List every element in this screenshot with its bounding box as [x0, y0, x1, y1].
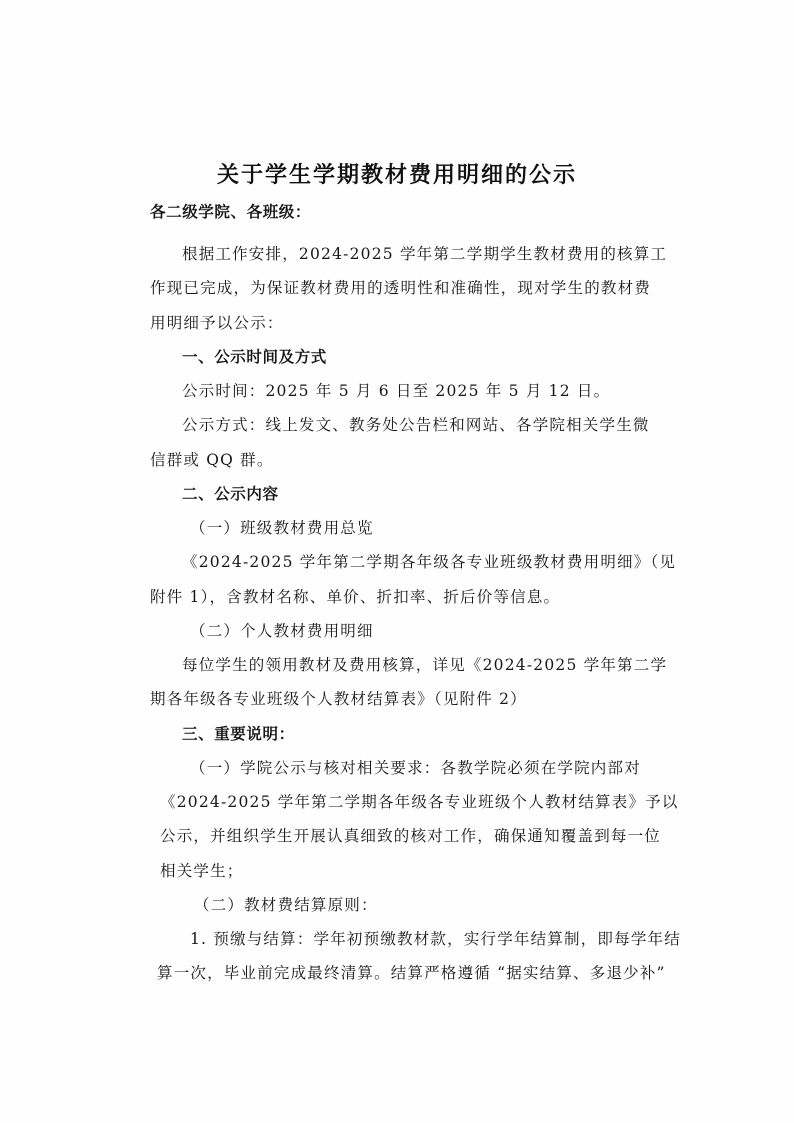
section2-sub2-heading: （二）个人教材费用明细 [190, 621, 684, 641]
salutation: 各二级学院、各班级： [150, 202, 644, 222]
intro-line-1: 根据工作安排，2024-2025 学年第二学期学生教材费用的核算工 [182, 244, 644, 264]
section3-sub1-line-3: 公示，并组织学生开展认真细致的核对工作，确保通知覆盖到每一位 [160, 826, 644, 846]
section3-sub2-item1-line-1: 1. 预缴与结算：学年初预缴教材款，实行学年结算制，即每学年结 [190, 929, 644, 949]
section3-heading: 三、重要说明： [182, 724, 644, 744]
publication-method-line-2: 信群或 QQ 群。 [150, 450, 644, 470]
intro-line-2: 作现已完成，为保证教材费用的透明性和准确性，现对学生的教材费 [150, 278, 644, 298]
intro-line-3: 用明细予以公示： [150, 313, 644, 333]
section2-sub2-line-2: 期各年级各专业班级个人教材结算表》（见附件 2） [150, 689, 644, 709]
publication-method-line-1: 公示方式：线上发文、教务处公告栏和网站、各学院相关学生微 [182, 415, 644, 435]
section2-sub1-line-2: 附件 1），含教材名称、单价、折扣率、折后价等信息。 [150, 587, 644, 607]
section1-heading: 一、公示时间及方式 [182, 347, 644, 367]
section3-sub1-line-4: 相关学生； [160, 861, 654, 881]
section2-sub2-line-1: 每位学生的领用教材及费用核算，详见《2024-2025 学年第二学 [182, 655, 644, 675]
publication-time: 公示时间：2025 年 5 月 6 日至 2025 年 5 月 12 日。 [182, 381, 644, 401]
section2-sub1-line-1: 《2024-2025 学年第二学期各年级各专业班级教材费用明细》（见 [182, 552, 644, 572]
section3-sub2-heading: （二）教材费结算原则： [194, 895, 688, 915]
section3-sub1-line-2: 《2024-2025 学年第二学期各年级各专业班级个人教材结算表》予以 [160, 792, 644, 812]
section2-heading: 二、公示内容 [182, 484, 644, 504]
document-page: 关于学生学期教材费用明细的公示 各二级学院、各班级： 根据工作安排，2024-2… [0, 0, 794, 1123]
section2-sub1-heading: （一）班级教材费用总览 [190, 518, 684, 538]
section3-sub1-line-1: （一）学院公示与核对相关要求：各教学院必须在学院内部对 [190, 758, 640, 778]
section3-sub2-item1-line-2: 算一次，毕业前完成最终清算。结算严格遵循 “据实结算、多退少补” [157, 963, 644, 983]
document-title: 关于学生学期教材费用明细的公示 [0, 158, 794, 189]
